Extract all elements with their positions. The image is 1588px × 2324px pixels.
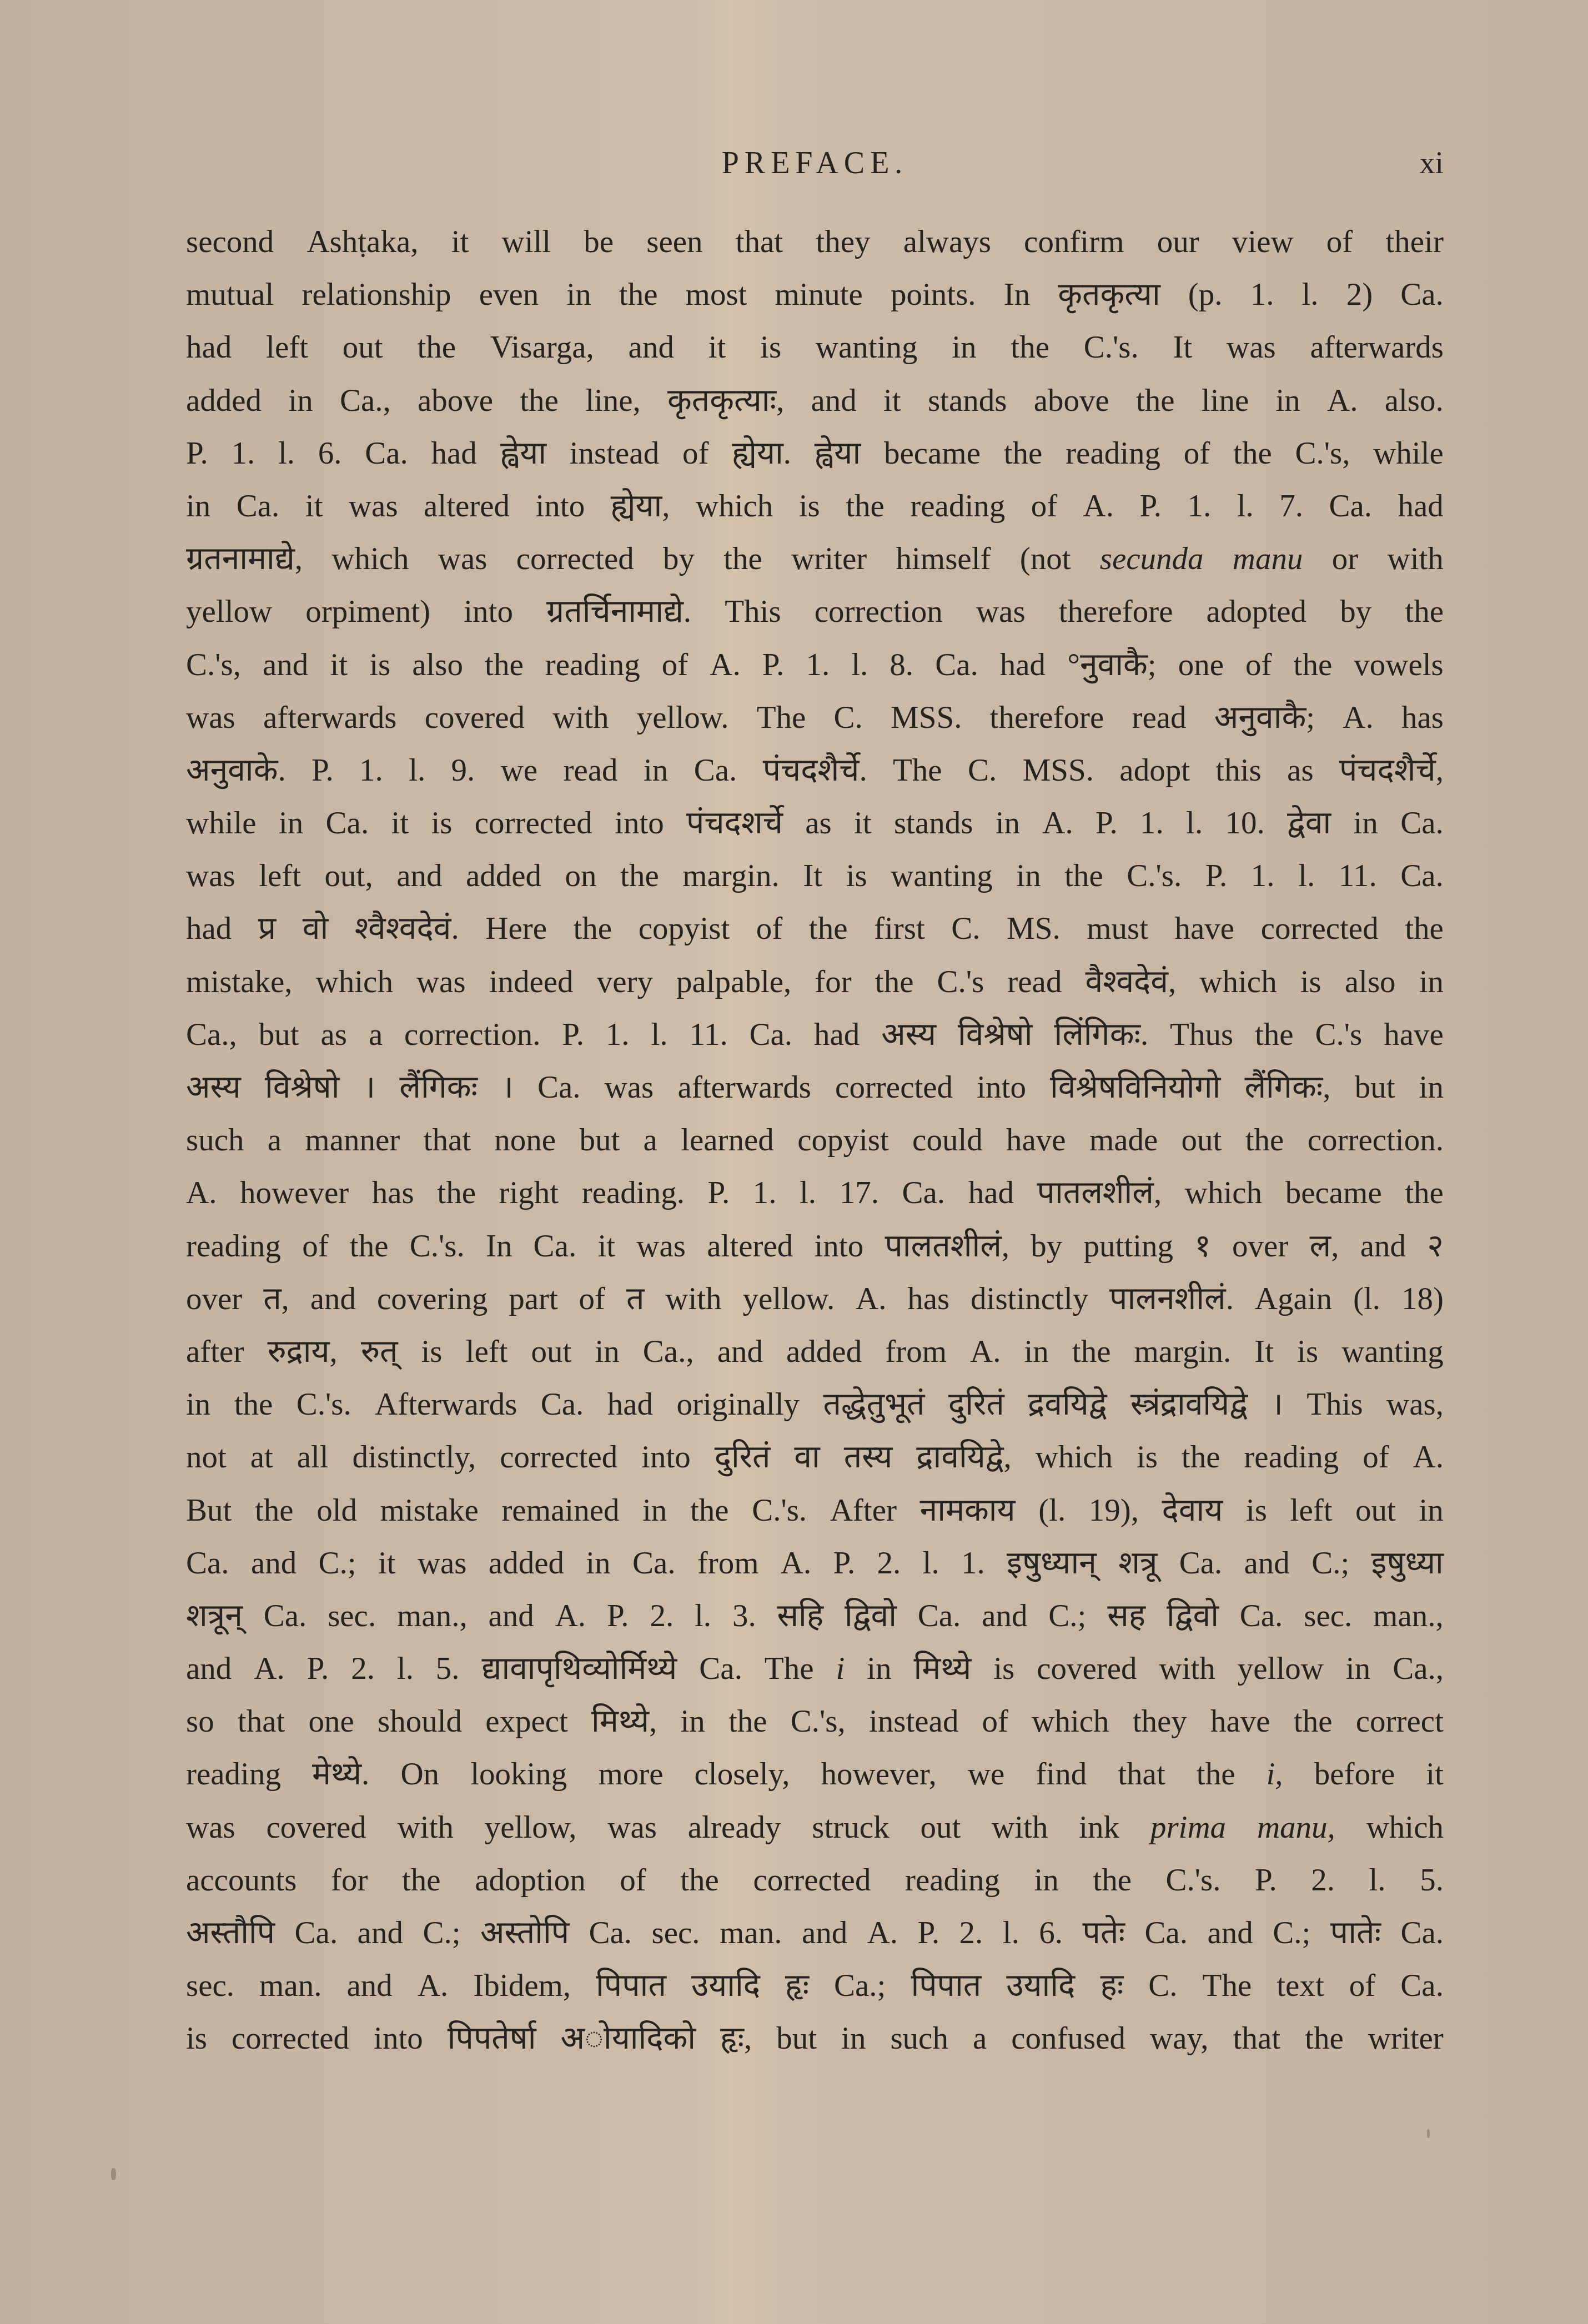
word: has — [372, 1166, 414, 1219]
word: became — [1285, 1166, 1382, 1219]
word: with — [1388, 532, 1444, 585]
word: 11. — [690, 1008, 728, 1061]
word: पातेः — [1330, 1907, 1381, 1959]
word: was — [416, 955, 466, 1008]
word: P. — [307, 1642, 329, 1695]
word: into — [641, 1431, 691, 1483]
text-line: andA.P.2.l.5.द्यावापृथिव्योर्मिथ्येCa.Th… — [186, 1642, 1444, 1695]
word: such — [890, 2012, 948, 2065]
word: that — [1233, 2012, 1280, 2065]
word: correct — [1356, 1695, 1444, 1748]
word: 2. — [959, 1907, 983, 1959]
word: even — [479, 268, 539, 321]
word: added — [786, 1325, 862, 1378]
word: हृः, — [720, 2012, 752, 2065]
text-line: hadप्रवोश्वैश्वदेवं.Herethecopyistofthef… — [186, 902, 1444, 955]
text-line: Ca.,butasacorrection.P.1.l.11.Ca.hadअस्य… — [186, 1008, 1444, 1061]
word: the — [1405, 902, 1444, 955]
word: and — [488, 1589, 534, 1642]
word: in — [586, 1537, 610, 1589]
word: in — [1016, 849, 1041, 902]
word: reading. — [582, 1166, 685, 1219]
word: the — [1294, 638, 1333, 691]
word: त, — [263, 1272, 289, 1325]
word: we — [968, 1748, 1004, 1800]
word: from — [885, 1325, 947, 1378]
word: Ca. — [264, 1589, 307, 1642]
word: from — [697, 1537, 759, 1589]
word: l. — [1298, 849, 1315, 902]
word: it — [854, 797, 872, 849]
word: This — [725, 585, 781, 638]
word: it — [597, 1220, 615, 1272]
word: C.; — [1311, 1537, 1349, 1589]
word: which — [1366, 1801, 1444, 1854]
word: It — [1173, 321, 1192, 374]
word: after — [186, 1325, 244, 1378]
word: । — [1271, 1378, 1283, 1431]
word: with — [1159, 1642, 1215, 1695]
word: A. — [867, 1907, 898, 1959]
word: covered — [266, 1801, 366, 1854]
word: 1. — [1250, 268, 1274, 321]
word: Ca. — [589, 1907, 632, 1959]
word: man. — [259, 1959, 321, 2012]
text-line: sothatoneshouldexpectमिथ्ये,intheC.'s,in… — [186, 1695, 1444, 1748]
word: अस्तौपि — [186, 1907, 275, 1959]
word: covering — [377, 1272, 488, 1325]
word: लैंगिकः, — [1244, 1061, 1330, 1114]
word: manu — [1233, 532, 1303, 585]
word: 2. — [650, 1589, 674, 1642]
word: by — [1340, 585, 1371, 638]
word: 3. — [732, 1589, 756, 1642]
word: l. — [695, 1589, 711, 1642]
word: expect — [485, 1695, 568, 1748]
word: स्त्रंद्रावयिद्वे — [1130, 1378, 1248, 1431]
word: is — [421, 1325, 443, 1378]
word: of — [1349, 1959, 1375, 2012]
word: had — [607, 1378, 653, 1431]
word: of — [1363, 1431, 1389, 1483]
word: out — [1355, 1484, 1396, 1537]
word: l. — [800, 1166, 816, 1219]
text-line: accountsfortheadoptionofthecorrectedread… — [186, 1854, 1444, 1907]
word: closely, — [695, 1748, 790, 1800]
word: C.'s, — [791, 1695, 846, 1748]
word: नामकाय — [920, 1484, 1016, 1537]
word: is — [1246, 1484, 1267, 1537]
text-line: Ca.andC.;itwasaddedinCa.fromA.P.2.l.1.इष… — [186, 1537, 1444, 1589]
paper-speck — [111, 2168, 116, 2180]
word: correction — [815, 585, 943, 638]
text-line: afterरुद्राय,रुत्isleftoutinCa.,andadded… — [186, 1325, 1444, 1378]
word: and — [263, 638, 308, 691]
word: P. — [762, 638, 785, 691]
word: secunda — [1100, 532, 1204, 585]
word: right — [499, 1166, 559, 1219]
word: at — [250, 1431, 273, 1483]
word: Ca., — [643, 1325, 694, 1378]
word: the — [846, 480, 885, 532]
word: P. — [562, 1008, 584, 1061]
word: a — [973, 2012, 987, 2065]
word: yellow — [1238, 1642, 1324, 1695]
word: त — [626, 1272, 645, 1325]
text-line: ButtheoldmistakeremainedintheC.'s.Afterन… — [186, 1484, 1444, 1537]
word: such — [186, 1114, 244, 1166]
word: प्र — [258, 902, 276, 955]
word: it — [451, 215, 469, 268]
text-line: intheC.'s.AfterwardsCa.hadoriginallyतद्ध… — [186, 1378, 1444, 1431]
word: into — [977, 1061, 1026, 1114]
word: इषुध्या — [1371, 1537, 1444, 1589]
word: but — [259, 1008, 299, 1061]
word: कृतकृत्या — [1058, 268, 1160, 321]
word: so — [186, 1695, 214, 1748]
text-line: अनुवाके.P.1.l.9.wereadinCa.पंचदशैर्चे.Th… — [186, 744, 1444, 797]
word: of — [1031, 480, 1057, 532]
word: corrected — [1261, 902, 1379, 955]
word: is — [799, 480, 820, 532]
word: indeed — [489, 955, 574, 1008]
word: orpiment) — [305, 585, 430, 638]
word: । — [364, 1061, 376, 1114]
word: Ca. — [902, 1166, 945, 1219]
word: C.; — [1048, 1589, 1086, 1642]
word: read — [564, 744, 618, 797]
word: but — [579, 1114, 620, 1166]
word: C.'s — [937, 955, 984, 1008]
word: reading — [1066, 427, 1160, 480]
word: view — [1232, 215, 1294, 268]
word: and — [186, 1642, 232, 1695]
word: ग्रतर्चिनामाद्ये. — [546, 585, 691, 638]
word: the — [437, 1166, 476, 1219]
word: of — [1184, 427, 1210, 480]
word: yellow. — [637, 691, 729, 744]
text-line: P.1.l.6.Ca.hadह्वेयाinsteadofह्येया.ह्वे… — [186, 427, 1444, 480]
word: left — [266, 321, 308, 374]
word: the — [723, 532, 762, 585]
word: and — [251, 1537, 297, 1589]
word: Here — [485, 902, 547, 955]
word: Ca.; — [834, 1959, 886, 2012]
word: l. — [1237, 480, 1254, 532]
text-line: wascoveredwithyellow,wasalreadystruckout… — [186, 1801, 1444, 1854]
word: is — [369, 638, 390, 691]
word: MS. — [1007, 902, 1061, 955]
word: Ca. — [541, 1378, 584, 1431]
word: l. — [651, 1008, 668, 1061]
word: has — [907, 1272, 949, 1325]
word: sec. — [652, 1907, 700, 1959]
word: reading — [1244, 1431, 1339, 1483]
word: 1. — [1188, 480, 1212, 532]
word: In — [1004, 268, 1030, 321]
word: ह्वेया — [815, 427, 861, 480]
word: as — [1287, 744, 1313, 797]
word: was — [186, 1801, 235, 1854]
word: is — [846, 849, 867, 902]
word: man. — [720, 1907, 782, 1959]
word: for — [331, 1854, 368, 1907]
word: has — [1401, 691, 1444, 744]
word: they — [816, 215, 870, 268]
word: ह्वेया — [500, 427, 546, 480]
word: A. — [1413, 1431, 1444, 1483]
word: sec. — [1304, 1589, 1352, 1642]
word: of — [302, 1220, 328, 1272]
running-title: PREFACE. — [186, 145, 1444, 181]
word: stands — [928, 374, 1007, 427]
word: adopt — [1119, 744, 1190, 797]
text-line: sec.man.andA.Ibidem,पिपातउयादिहृःCa.;पिप… — [186, 1959, 1444, 2012]
word: (not — [1020, 532, 1071, 585]
word: in — [952, 321, 976, 374]
word: but — [1355, 1061, 1395, 1114]
word: Ca. — [1400, 849, 1444, 902]
word: the — [520, 374, 559, 427]
word: margin. — [1134, 1325, 1232, 1378]
word: relationship — [301, 268, 451, 321]
word: and — [347, 1959, 393, 2012]
word: prima — [1150, 1801, 1226, 1854]
word: while — [186, 797, 257, 849]
word: of — [579, 1272, 605, 1325]
word: seen — [646, 215, 702, 268]
word: वा — [794, 1431, 820, 1483]
word: 19), — [1089, 1484, 1139, 1537]
word: 8. — [890, 638, 913, 691]
word: l. — [1003, 1907, 1019, 1959]
scanned-book-page: PREFACE. xi secondAshṭaka,itwillbeseenth… — [0, 0, 1588, 2324]
body-text: secondAshṭaka,itwillbeseenthattheyalways… — [186, 215, 1444, 2065]
word: of — [756, 902, 782, 955]
word: copyist — [797, 1114, 889, 1166]
word: one — [309, 1695, 354, 1748]
word: altered — [707, 1220, 793, 1272]
word: C. — [1148, 1959, 1177, 2012]
word: the — [255, 1484, 294, 1537]
word: P. — [708, 1166, 730, 1219]
word: in — [1346, 1642, 1370, 1695]
word: A. — [1042, 797, 1073, 849]
word: But — [186, 1484, 232, 1537]
text-line: yelloworpiment)intoग्रतर्चिनामाद्ये.This… — [186, 585, 1444, 638]
word: P. — [1139, 480, 1162, 532]
word: कृतकृत्याः, — [667, 374, 784, 427]
word: the — [1255, 1008, 1294, 1061]
word: the — [690, 1484, 729, 1537]
word: is — [431, 797, 452, 849]
word: मेथ्ये. — [312, 1748, 369, 1800]
word: श्वैश्वदेवं. — [355, 902, 459, 955]
word: C. — [968, 744, 997, 797]
word: which — [1185, 1166, 1262, 1219]
word: the — [417, 321, 456, 374]
word: line — [1202, 374, 1249, 427]
word: none — [494, 1114, 556, 1166]
word: l. — [851, 638, 868, 691]
word: reading — [545, 638, 640, 691]
word: अोयादिको — [561, 2012, 696, 2065]
word: wanting — [816, 321, 918, 374]
word: अस्य — [881, 1008, 936, 1061]
word: Ca. — [1400, 268, 1444, 321]
word: was — [349, 480, 398, 532]
word: corrected — [516, 532, 634, 585]
word: १ — [1194, 1220, 1211, 1272]
word: line, — [585, 374, 641, 427]
word: The — [757, 691, 806, 744]
word: man., — [397, 1589, 468, 1642]
word: read — [1007, 955, 1062, 1008]
word: पंचदशर्चे — [686, 797, 783, 849]
word: 1. — [231, 427, 255, 480]
word: and — [396, 849, 442, 902]
word: could — [912, 1114, 983, 1166]
word: had — [1398, 480, 1443, 532]
word: above — [1034, 374, 1109, 427]
word: in — [186, 480, 210, 532]
word: अनुवाकै; — [1214, 691, 1315, 744]
text-line: शत्रून्Ca.sec.man.,andA.P.2.l.3.सहिद्विव… — [186, 1589, 1444, 1642]
word: points. — [891, 268, 976, 321]
word: l. — [1369, 1854, 1386, 1907]
word: as — [320, 1008, 346, 1061]
text-line: hadleftouttheVisarga,anditiswantinginthe… — [186, 321, 1444, 374]
word: Ca. — [935, 638, 978, 691]
word: by — [663, 532, 695, 585]
word: द्यावापृथिव्योर्मिथ्ये — [482, 1642, 677, 1695]
word: it — [330, 638, 348, 691]
text-line: ग्रतनामाद्ये,whichwascorrectedbythewrite… — [186, 532, 1444, 585]
text-line: whileinCa.itiscorrectedintoपंचदशर्चेasit… — [186, 797, 1444, 849]
word: in — [644, 744, 668, 797]
word: most — [686, 268, 747, 321]
word: l. — [409, 744, 425, 797]
word: added — [489, 1537, 564, 1589]
word: A. — [254, 1642, 284, 1695]
text-line: overत,andcoveringpartofतwithyellow.A.has… — [186, 1272, 1444, 1325]
word: MSS. — [1023, 744, 1094, 797]
word: afterwards — [1310, 321, 1444, 374]
word: Ca., — [340, 374, 391, 427]
word: is — [993, 1642, 1014, 1695]
word: द्रवयिद्वे — [1028, 1378, 1107, 1431]
word: out — [920, 1801, 961, 1854]
word: above — [418, 374, 493, 427]
word: Ca. — [186, 1537, 229, 1589]
word: २ — [1427, 1220, 1444, 1272]
word: wanting — [891, 849, 993, 902]
word: which — [1199, 955, 1277, 1008]
word: पिपात — [911, 1959, 981, 2012]
word: अस्य — [186, 1061, 241, 1114]
word: In — [486, 1220, 512, 1272]
word: is — [1300, 955, 1321, 1008]
word: palpable, — [676, 955, 791, 1008]
word: Ca. — [694, 744, 737, 797]
word: 2) — [1346, 268, 1373, 321]
word: or — [1332, 532, 1358, 585]
text-line: wasleftout,andaddedonthemargin.Itiswanti… — [186, 849, 1444, 902]
word: had — [186, 902, 232, 955]
word: । — [501, 1061, 514, 1114]
word: covered — [425, 691, 525, 744]
word: 1. — [961, 1537, 985, 1589]
word: which — [696, 480, 773, 532]
word: C.'s — [1315, 1008, 1363, 1061]
word: पातलशीलं, — [1037, 1166, 1162, 1219]
word: on — [565, 849, 597, 902]
word: Afterwards — [375, 1378, 517, 1431]
word: the — [728, 1695, 767, 1748]
word: left — [259, 849, 301, 902]
word: Again — [1255, 1272, 1332, 1325]
word: vowels — [1354, 638, 1443, 691]
word: 1. — [806, 638, 830, 691]
word: A. — [970, 1325, 1001, 1378]
word: in — [288, 374, 313, 427]
word: This — [1306, 1378, 1363, 1431]
word: it — [305, 480, 323, 532]
word: मिथ्ये, — [591, 1695, 657, 1748]
word: C.'s. — [297, 1378, 351, 1431]
word: A. — [1327, 374, 1358, 427]
word: not — [186, 1431, 227, 1483]
word: ह्येया. — [732, 427, 791, 480]
word: way, — [1150, 2012, 1209, 2065]
word: that — [424, 1114, 471, 1166]
word: A. — [186, 1166, 217, 1219]
word: the — [402, 1854, 441, 1907]
word: added — [186, 374, 262, 427]
word: reading — [905, 1854, 1000, 1907]
word: instead — [869, 1695, 958, 1748]
word: instead — [570, 427, 659, 480]
word: विश्रेषो — [265, 1061, 340, 1114]
word: text — [1277, 1959, 1324, 2012]
word: must — [1087, 902, 1148, 955]
word: तद्धेतुभूतं — [823, 1378, 924, 1431]
word: 5. — [436, 1642, 460, 1695]
word: correction. — [404, 1008, 540, 1061]
word: l. — [1186, 797, 1203, 849]
word: they — [1133, 1695, 1187, 1748]
word: the — [1064, 849, 1103, 902]
word: very — [597, 955, 653, 1008]
word: in — [566, 268, 591, 321]
word: Ca., — [186, 1008, 237, 1061]
word: the — [1093, 1854, 1132, 1907]
word: 2. — [351, 1642, 375, 1695]
word: himself — [896, 532, 991, 585]
text-line: addedinCa.,abovetheline,कृतकृत्याः,andit… — [186, 374, 1444, 427]
word: our — [1157, 215, 1199, 268]
word: Ca. — [365, 427, 408, 480]
word: the — [1136, 374, 1175, 427]
word: with — [665, 1272, 721, 1325]
word: manner — [305, 1114, 400, 1166]
word: Ca. — [1400, 1959, 1444, 2012]
word: l. — [923, 1537, 939, 1589]
word: is — [1137, 1431, 1158, 1483]
word: 18) — [1401, 1272, 1444, 1325]
text-line: iscorrectedintoपिपतेर्षाअोयादिकोहृः,buti… — [186, 2012, 1444, 2065]
word: had — [1000, 638, 1046, 691]
